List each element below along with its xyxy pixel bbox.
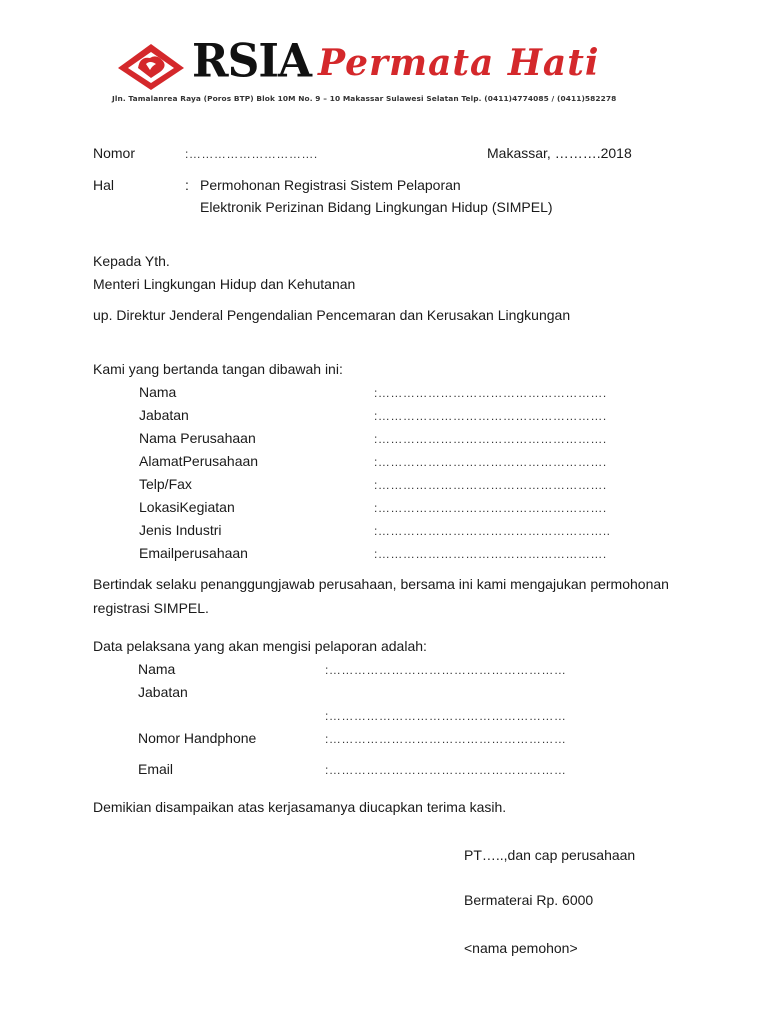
statement-line-2: registrasi SIMPEL. [93,600,209,616]
executor-intro: Data pelaksana yang akan mengisi pelapor… [93,638,427,654]
executor-field-label: Nama [138,661,175,677]
executor-field-value-field[interactable]: :………………………………………………… [325,732,566,746]
brand-script: Permata Hati [318,42,600,84]
brand-short: RSIA [192,35,311,89]
executor-field-value-field[interactable]: :………………………………………………… [325,763,566,777]
signatory-field-value-field[interactable]: :……………………………………………….. [374,524,611,538]
recipient-line-3: up. Direktur Jenderal Pengendalian Pence… [93,307,570,323]
hal-line-2: Elektronik Perizinan Bidang Lingkungan H… [200,199,553,215]
executor-field-label: Nomor Handphone [138,730,256,746]
executor-field-label: Jabatan [138,684,188,700]
nomor-label: Nomor [93,145,135,161]
signature-company: PT…..,dan cap perusahaan [464,847,635,863]
signatory-field-value-field[interactable]: :………………………………………………. [374,547,607,561]
signatory-field-value-field[interactable]: :………………………………………………. [374,386,607,400]
signature-stamp: Bermaterai Rp. 6000 [464,892,593,908]
hal-colon: : [185,177,189,193]
place-date: Makassar, ……….2018 [487,145,632,161]
signature-name: <nama pemohon> [464,940,578,956]
letterhead-address: Jln. Tamalanrea Raya (Poros BTP) Blok 10… [112,94,616,103]
signatory-field-label: Telp/Fax [139,476,192,492]
recipient-line-2: Menteri Lingkungan Hidup dan Kehutanan [93,276,355,292]
executor-field-value-field[interactable]: :………………………………………………… [325,663,566,677]
signatory-field-value-field[interactable]: :………………………………………………. [374,409,607,423]
statement-line-1: Bertindak selaku penanggungjawab perusah… [93,576,669,592]
hal-line-1: Permohonan Registrasi Sistem Pelaporan [200,177,461,193]
signatory-field-label: Jabatan [139,407,189,423]
signatory-field-label: Nama [139,384,176,400]
hal-label: Hal [93,177,114,193]
signatory-field-value-field[interactable]: :………………………………………………. [374,478,607,492]
recipient-line-1: Kepada Yth. [93,253,170,269]
signatory-field-label: Jenis Industri [139,522,221,538]
signatory-field-label: Emailperusahaan [139,545,248,561]
signatory-field-label: LokasiKegiatan [139,499,235,515]
nomor-value: :…………………………. [185,147,318,161]
executor-field-value-field[interactable]: :………………………………………………… [325,709,566,723]
signatory-field-value-field[interactable]: :………………………………………………. [374,501,607,515]
executor-field-label: Email [138,761,173,777]
signatory-field-label: Nama Perusahaan [139,430,256,446]
signatory-field-label: AlamatPerusahaan [139,453,258,469]
signatory-field-value-field[interactable]: :………………………………………………. [374,455,607,469]
closing-text: Demikian disampaikan atas kerjasamanya d… [93,799,506,815]
diamond-heart-logo-icon [116,42,186,92]
signatory-intro: Kami yang bertanda tangan dibawah ini: [93,361,343,377]
signatory-field-value-field[interactable]: :………………………………………………. [374,432,607,446]
